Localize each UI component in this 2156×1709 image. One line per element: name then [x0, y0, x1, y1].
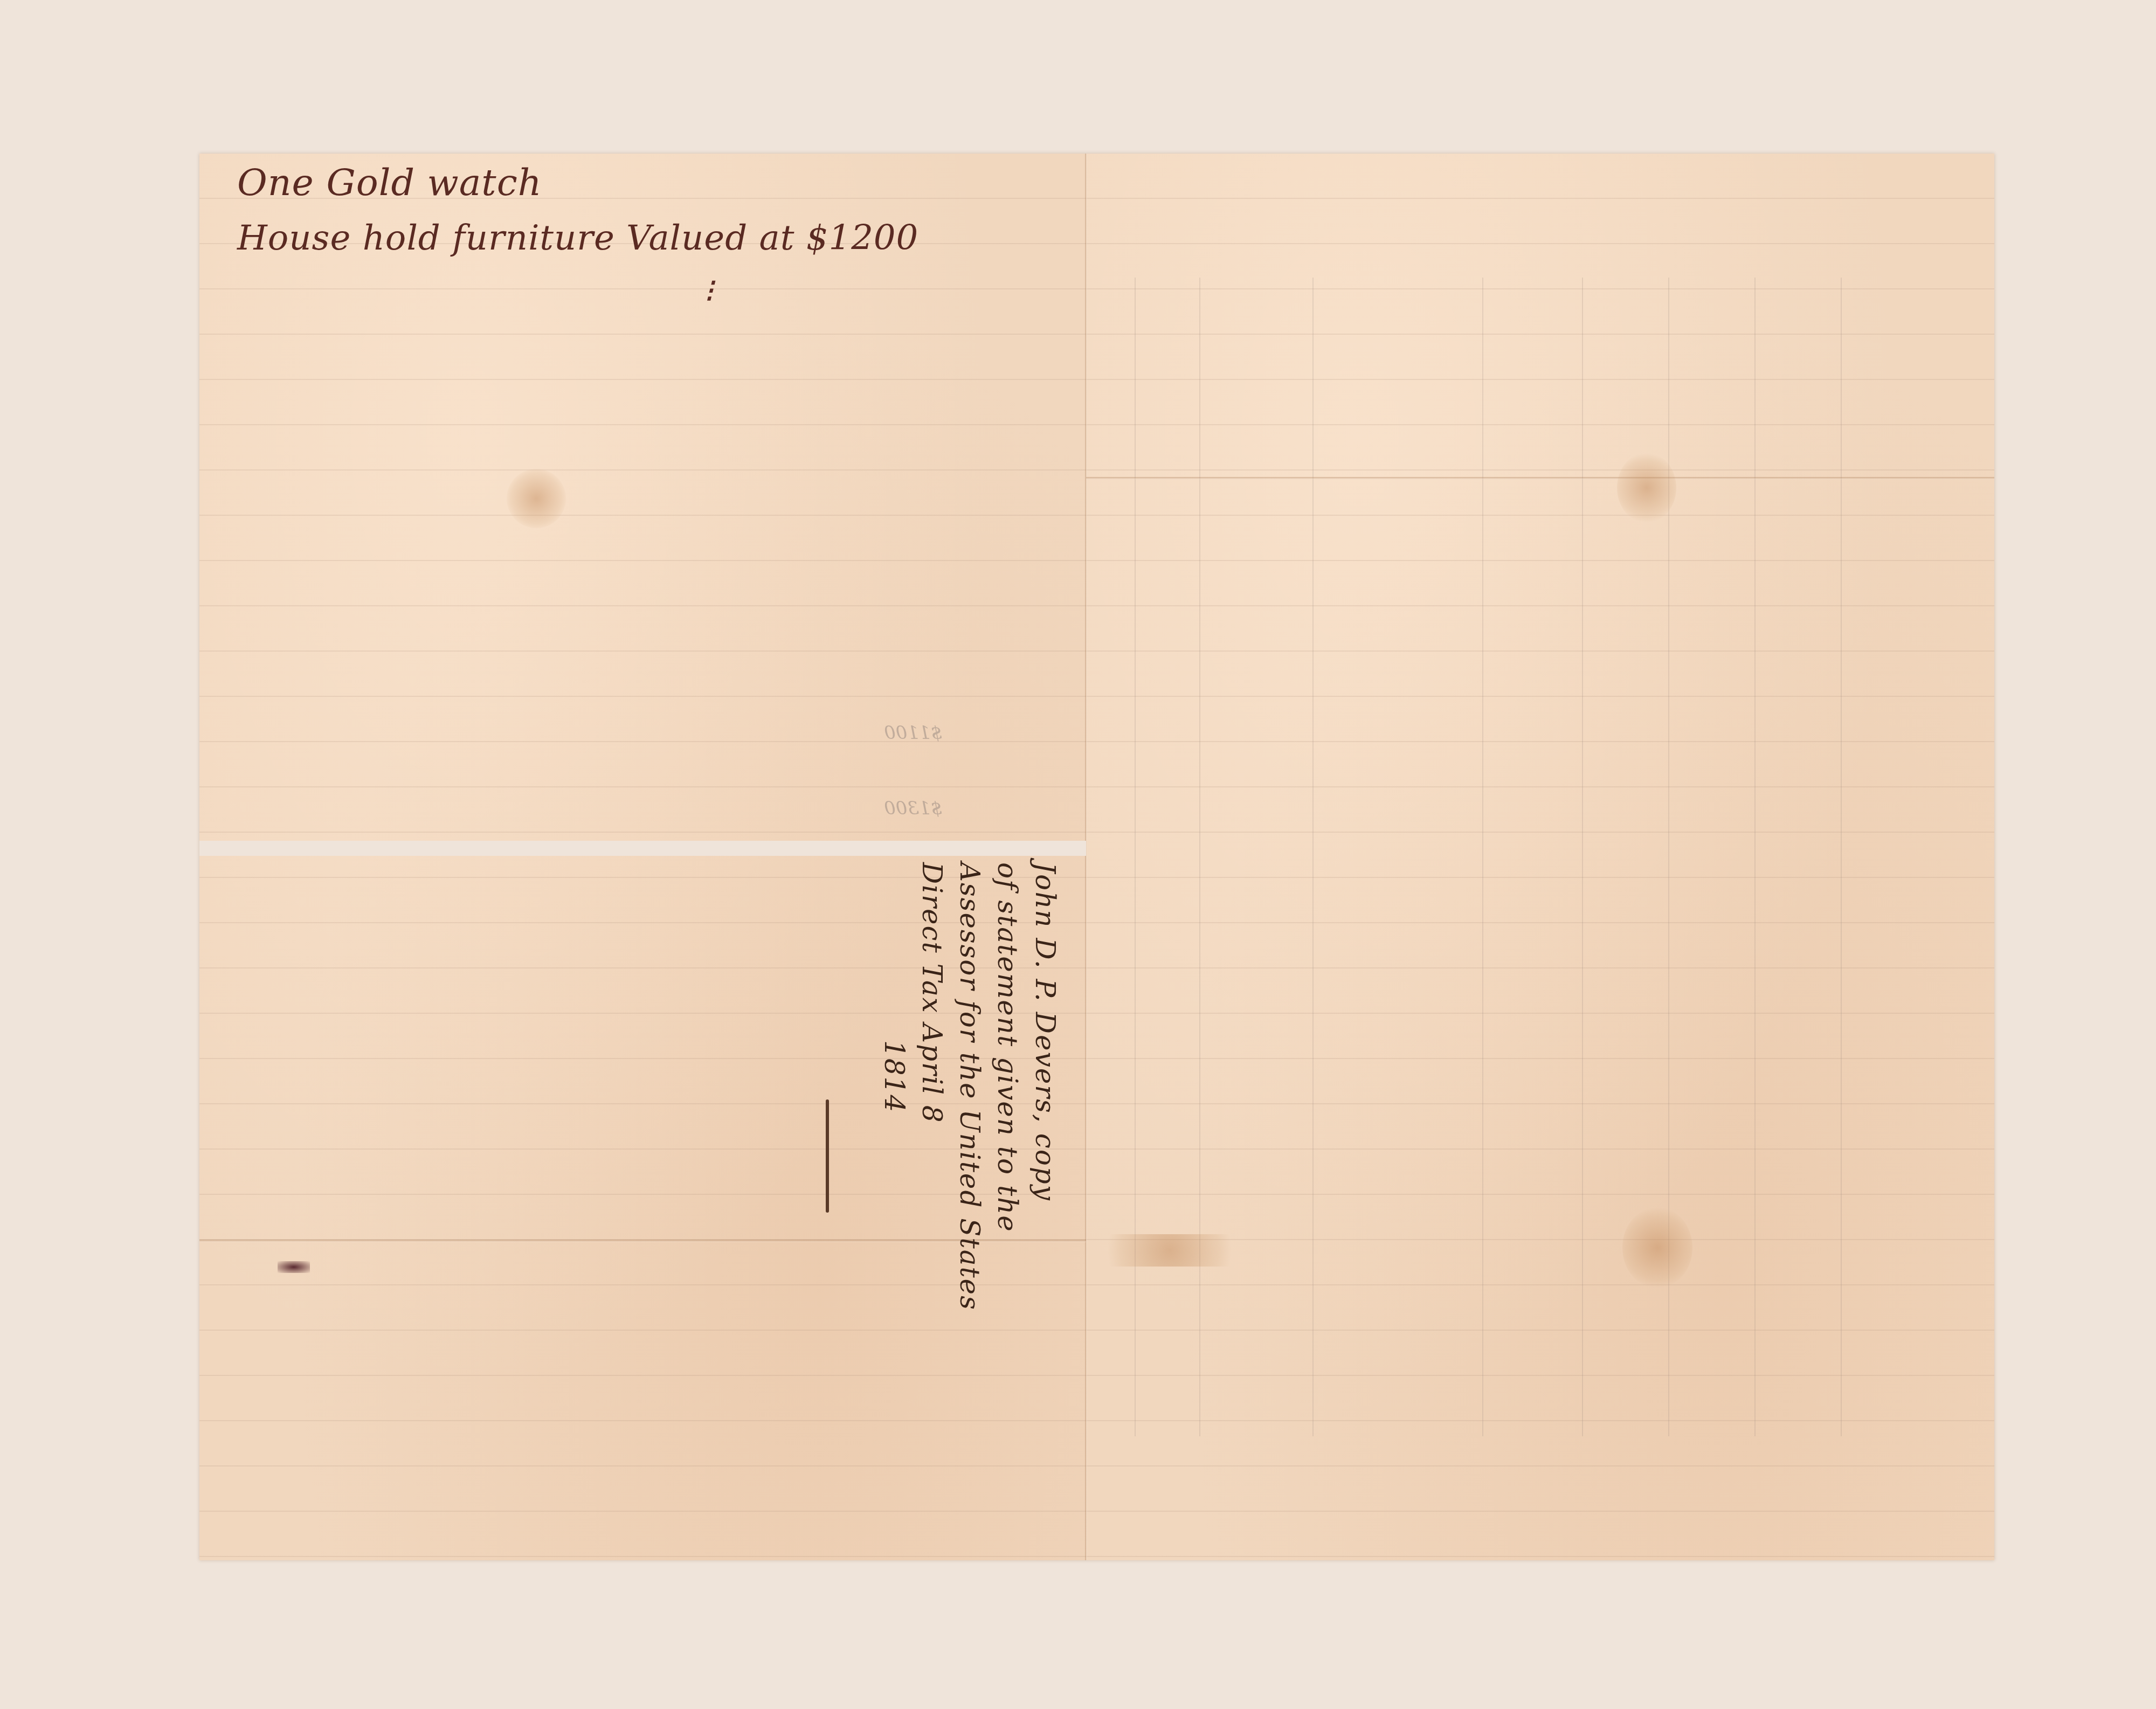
docket-line-4: Direct Tax April 8 [916, 862, 948, 1124]
docket-line-3: Assessor for the United States [954, 862, 985, 1311]
table-column-line [1841, 278, 1842, 1436]
horizontal-fold [199, 1240, 1086, 1242]
table-column-line [1482, 278, 1483, 1436]
docket-endorsement: John D. P. Devers, copy of statement giv… [884, 862, 1056, 1207]
water-stain [1089, 1234, 1250, 1267]
water-stain [507, 469, 566, 528]
water-stain [1617, 453, 1676, 523]
right-page [1086, 154, 1994, 1560]
water-stain [1622, 1207, 1692, 1288]
table-column-line [1754, 278, 1756, 1436]
ink-blot [278, 1261, 310, 1273]
ink-mark: ⁝ [703, 272, 714, 310]
docket-rule [826, 1099, 829, 1213]
note-gold-watch: One Gold watch [237, 162, 542, 204]
docket-line-2: of statement given to the [992, 862, 1023, 1233]
left-page [199, 154, 1086, 1560]
center-fold [1085, 154, 1087, 1560]
ruled-lines [1086, 154, 1994, 1560]
docket-line-1: John D. P. Devers, copy [1029, 862, 1061, 1201]
bleed-through-amount: $1300 [884, 798, 942, 819]
document-sheet: $1100 $1300 [199, 154, 1994, 1560]
table-column-line [1582, 278, 1583, 1436]
horizontal-fold [1086, 477, 1994, 480]
docket-year: 1814 [879, 1040, 910, 1113]
bleed-through-amount: $1100 [884, 722, 942, 744]
fold-gap [199, 841, 1086, 856]
note-household-furniture: House hold furniture Valued at $1200 [237, 218, 918, 258]
ruled-lines [199, 154, 1086, 1560]
table-column-line [1312, 278, 1314, 1436]
